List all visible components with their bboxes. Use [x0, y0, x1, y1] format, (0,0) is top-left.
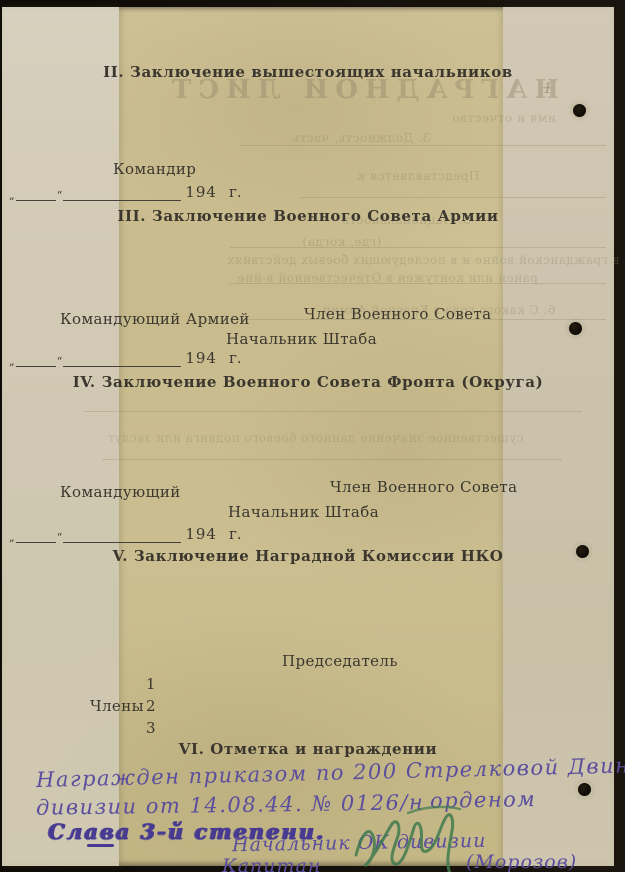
section-5-member-number-2: 2 [146, 697, 156, 715]
section-4-commander-label: Командующий [60, 483, 181, 501]
open-quote: „ [8, 357, 16, 367]
section-3-commander-label: Командующий Армией [60, 310, 250, 328]
bleed-rule [300, 197, 606, 198]
open-quote: „ [8, 191, 16, 201]
handwritten-signer-rank: Капитан [222, 855, 321, 872]
year-suffix: г. [229, 525, 242, 543]
bleedthrough-line: существенное значение данного боевого по… [107, 431, 523, 445]
section-2-date-line: „ “ 194 г. [8, 183, 242, 201]
section-3-heading: III. Заключение Военного Совета Армии [28, 207, 588, 225]
bleed-rule [84, 411, 582, 412]
section-6-heading: VI. Отметка и награждении [28, 740, 588, 758]
punch-hole [569, 322, 582, 335]
section-4-heading: IV. Заключение Военного Совета Фронта (О… [28, 373, 588, 391]
bleed-rule [240, 145, 606, 146]
bleedthrough-line: имя и отчество [452, 111, 556, 125]
page-number-mark: 1 [543, 79, 553, 97]
date-blank [16, 187, 56, 201]
section-5-member-number-1: 1 [146, 675, 156, 693]
bleedthrough-line: Представляется к [357, 169, 479, 183]
year-suffix: г. [229, 349, 242, 367]
punch-hole [573, 104, 586, 117]
bleedthrough-line: в гражданской войне и в последующих боев… [227, 253, 620, 267]
section-3-chief-of-staff-label: Начальник Штаба [226, 330, 377, 348]
date-blank [63, 529, 181, 543]
section-5-member-number-3: 3 [146, 719, 156, 737]
year-prefix: 194 [185, 525, 217, 543]
punch-hole [578, 783, 591, 796]
section-2-heading: II. Заключение вышестоящих начальников [28, 63, 588, 81]
handwritten-award-line-2b: орденом [430, 787, 537, 813]
year-prefix: 194 [185, 183, 217, 201]
date-blank [16, 529, 56, 543]
left-binding-strip [2, 7, 119, 866]
close-quote: “ [56, 533, 64, 543]
date-blank [63, 353, 181, 367]
year-suffix: г. [229, 183, 242, 201]
punch-hole [576, 545, 589, 558]
close-quote: “ [56, 191, 64, 201]
section-5-chairman-label: Председатель [282, 652, 398, 670]
close-quote: “ [56, 357, 64, 367]
section-4-date-line: „ “ 194 г. [8, 525, 242, 543]
section-2-commander-label: Командир [113, 160, 196, 178]
bleedthrough-line: 3. Должность, часть [292, 131, 430, 145]
handwritten-award-line-2: дивизии от 14.08.44. № 0126/н [36, 790, 425, 819]
date-blank [16, 353, 56, 367]
section-4-chief-of-staff-label: Начальник Штаба [228, 503, 379, 521]
bleed-rule [230, 283, 606, 284]
section-5-heading: V. Заключение Наградной Комиссии НКО [28, 547, 588, 565]
section-3-date-line: „ “ 194 г. [8, 349, 242, 367]
scanned-award-document: НАГРАДНОЙ ЛИСТ имя и отчество 3. Должнос… [0, 0, 625, 872]
date-blank [63, 187, 181, 201]
year-prefix: 194 [185, 349, 217, 367]
ink-dash [87, 844, 114, 847]
section-3-council-member-label: Член Военного Совета [304, 305, 491, 323]
bleed-rule [102, 459, 562, 460]
section-4-council-member-label: Член Военного Совета [330, 478, 517, 496]
handwritten-signer-name: (Морозов) [466, 851, 577, 872]
bleed-rule [230, 247, 606, 248]
handwritten-signer-title: Начальник ОК дивизии [232, 830, 487, 856]
paper-sheet: НАГРАДНОЙ ЛИСТ имя и отчество 3. Должнос… [2, 7, 614, 866]
open-quote: „ [8, 533, 16, 543]
section-5-members-label: Члены [90, 697, 144, 715]
